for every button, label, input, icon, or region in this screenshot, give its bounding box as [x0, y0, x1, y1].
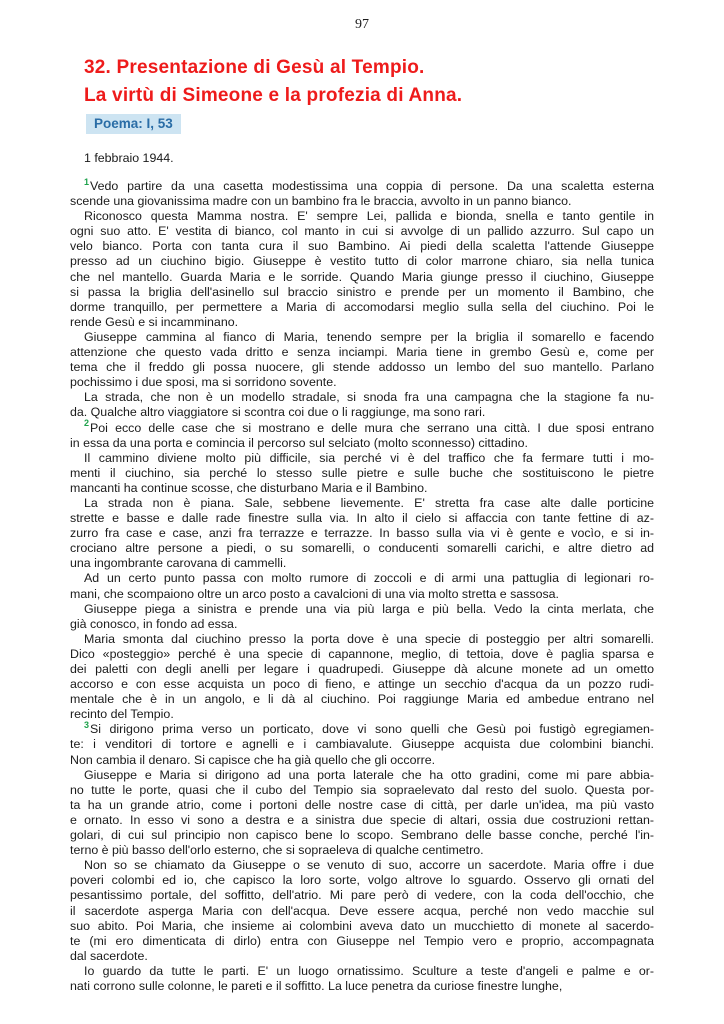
- text-line: La strada non è piana. Sale, sebbene lie…: [70, 496, 654, 511]
- paragraph: Giuseppe cammina al fianco di Maria, ten…: [70, 330, 654, 390]
- text-line: dei paletti con degli anelli per legare …: [70, 662, 654, 677]
- paragraph: 2Poi ecco delle case che si mostrano e d…: [70, 421, 654, 451]
- text-line: accorso e con esse acquista un poco di f…: [70, 677, 654, 692]
- text-line: Dico «posteggio» perché è una specie di …: [70, 647, 654, 662]
- text-line: 1Vedo partire da una casetta modestissim…: [70, 179, 654, 194]
- text-line: ta ha un grande atrio, come i portoni de…: [70, 798, 654, 813]
- text-line: il sacerdote asperga Maria con dell'acqu…: [70, 904, 654, 919]
- paragraph: Riconosco questa Mamma nostra. E' sempre…: [70, 209, 654, 330]
- paragraph: Maria smonta dal ciuchino presso la port…: [70, 632, 654, 723]
- text-line: tema che il freddo gli possa nuocere, gl…: [70, 360, 654, 375]
- text-line: Ad un certo punto passa con molto rumore…: [70, 571, 654, 586]
- text-line: zurro fra case e case, anzi fra terrazze…: [70, 526, 654, 541]
- chapter-title-line-1: 32. Presentazione di Gesù al Tempio.: [84, 54, 654, 82]
- text-line: Il cammino diviene molto più difficile, …: [70, 451, 654, 466]
- paragraph: 1Vedo partire da una casetta modestissim…: [70, 179, 654, 209]
- text-line: dal sacerdote.: [70, 949, 654, 964]
- text-line: Maria smonta dal ciuchino presso la port…: [70, 632, 654, 647]
- page-content: 32. Presentazione di Gesù al Tempio. La …: [70, 54, 654, 994]
- text-line: te: i venditori di tortore e agnelli e i…: [70, 737, 654, 752]
- paragraph: Ad un certo punto passa con molto rumore…: [70, 571, 654, 601]
- text-line: nati corrono sulle colonne, le pareti e …: [70, 979, 654, 994]
- text-line: menti il ciuchino, sia perché lo stesso …: [70, 466, 654, 481]
- text-line: te (mi ero dimenticata di dirlo) entra c…: [70, 934, 654, 949]
- footnote-number: 3: [84, 720, 89, 730]
- paragraph: Giuseppe piega a sinistra e prende una v…: [70, 602, 654, 632]
- text-line: pochissimo i due sposi, ma si sorridono …: [70, 375, 654, 390]
- text-line: velo bianco. Porta con tanta cura il suo…: [70, 239, 654, 254]
- text-line: Non cambia il denaro. Si capisce che ha …: [70, 753, 654, 768]
- text-line: La strada, che non è un modello stradale…: [70, 390, 654, 405]
- text-line: strette e basse e dalle rade finestre su…: [70, 511, 654, 526]
- text-line: 3Si dirigono prima verso un porticato, d…: [70, 722, 654, 737]
- text-line: recinto del Tempio.: [70, 707, 654, 722]
- body-text: 1Vedo partire da una casetta modestissim…: [70, 179, 654, 994]
- paragraph: Il cammino diviene molto più difficile, …: [70, 451, 654, 496]
- text-line: Giuseppe e Maria si dirigono ad una port…: [70, 768, 654, 783]
- paragraph: La strada, che non è un modello stradale…: [70, 390, 654, 420]
- text-line: no tutte le porte, quasi che il cubo del…: [70, 783, 654, 798]
- paragraph: Io guardo da tutte le parti. E' un luogo…: [70, 964, 654, 994]
- date-line: 1 febbraio 1944.: [84, 151, 654, 165]
- text-line: suo abito. Poi Maria, che insieme ai col…: [70, 919, 654, 934]
- paragraph: Non so se chiamato da Giuseppe o se venu…: [70, 858, 654, 964]
- text-line: scende una giovanissima madre con un bam…: [70, 194, 654, 209]
- chapter-title-line-2: La virtù di Simeone e la profezia di Ann…: [84, 82, 654, 110]
- text-line: crociano altre persone a piedi, o su som…: [70, 541, 654, 556]
- paragraph: 3Si dirigono prima verso un porticato, d…: [70, 722, 654, 767]
- text-line: ogni suo atto. E' vestita di bianco, col…: [70, 224, 654, 239]
- text-line: già conosco, in fondo ad essa.: [70, 617, 654, 632]
- text-line: poveri colombi ed io, che capisco la lor…: [70, 873, 654, 888]
- text-line: 2Poi ecco delle case che si mostrano e d…: [70, 421, 654, 436]
- text-line: dorme tranquillo, per permettere a Maria…: [70, 300, 654, 315]
- text-line: una ingombrante carovana di cammelli.: [70, 556, 654, 571]
- text-line: Non so se chiamato da Giuseppe o se venu…: [70, 858, 654, 873]
- text-line: attenzione che questo vada dritto e senz…: [70, 345, 654, 360]
- text-line: da. Qualche altro viaggiatore si scontra…: [70, 405, 654, 420]
- text-line: rende Gesù e si incamminano.: [70, 315, 654, 330]
- text-line: presso ad un ciuchino bigio. Giuseppe è …: [70, 254, 654, 269]
- footnote-number: 2: [84, 418, 89, 428]
- text-line: mancanti ha continue scosse, che disturb…: [70, 481, 654, 496]
- text-line: pesantissimo portale, del soffitto, dell…: [70, 888, 654, 903]
- paragraph: Giuseppe e Maria si dirigono ad una port…: [70, 768, 654, 859]
- document-page: 97 32. Presentazione di Gesù al Tempio. …: [0, 0, 724, 1024]
- text-line: golari, di cui sul principio non capisco…: [70, 828, 654, 843]
- text-line: Giuseppe cammina al fianco di Maria, ten…: [70, 330, 654, 345]
- text-line: in essa da una porta e comincia il perco…: [70, 436, 654, 451]
- page-number: 97: [0, 0, 724, 33]
- text-line: terno è più basso dell'orlo esterno, che…: [70, 843, 654, 858]
- text-line: Riconosco questa Mamma nostra. E' sempre…: [70, 209, 654, 224]
- paragraph: La strada non è piana. Sale, sebbene lie…: [70, 496, 654, 571]
- text-line: mentale che è in un angolo, e li dà al c…: [70, 692, 654, 707]
- text-line: e ornato. In esso vi sono a destra e a s…: [70, 813, 654, 828]
- chapter-title: 32. Presentazione di Gesù al Tempio. La …: [84, 54, 654, 110]
- footnote-number: 1: [84, 177, 89, 187]
- poema-reference-badge: Poema: I, 53: [86, 114, 181, 134]
- text-line: Io guardo da tutte le parti. E' un luogo…: [70, 964, 654, 979]
- text-line: Giuseppe piega a sinistra e prende una v…: [70, 602, 654, 617]
- text-line: che nel mantello. Guarda Maria e le sorr…: [70, 270, 654, 285]
- text-line: mani, che scompaiono oltre un arco posto…: [70, 587, 654, 602]
- text-line: si passa la briglia dell'asinello sul br…: [70, 285, 654, 300]
